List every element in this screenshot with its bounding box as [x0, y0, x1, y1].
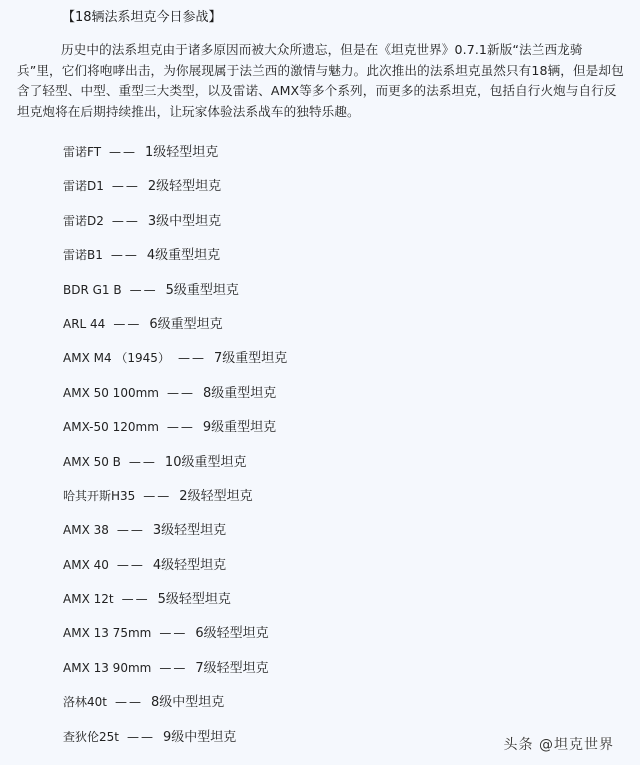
- tank-separator: ——: [109, 145, 137, 159]
- tank-list-item: AMX 38——3级轻型坦克: [63, 521, 287, 555]
- tank-separator: ——: [111, 248, 139, 262]
- tank-list-item: AMX M4 （1945）——7级重型坦克: [63, 349, 287, 383]
- tank-separator: ——: [178, 351, 206, 365]
- tank-name: AMX M4 （1945）: [63, 351, 170, 365]
- tank-name: 查狄伦25t: [63, 730, 119, 744]
- tank-class: 2级轻型坦克: [148, 179, 221, 194]
- tank-class: 6级重型坦克: [149, 317, 222, 332]
- tank-class: 6级轻型坦克: [195, 626, 268, 641]
- tank-separator: ——: [159, 626, 187, 640]
- tank-class: 7级重型坦克: [214, 351, 287, 366]
- tank-list-item: 哈其开斯H35——2级轻型坦克: [63, 487, 287, 521]
- tank-separator: ——: [127, 730, 155, 744]
- tank-name: 雷诺D2: [63, 214, 104, 228]
- tank-separator: ——: [129, 455, 157, 469]
- tank-name: AMX 13 90mm: [63, 661, 151, 675]
- tank-list-item: BDR G1 B——5级重型坦克: [63, 281, 287, 315]
- tank-class: 4级重型坦克: [147, 248, 220, 263]
- tank-list-item: 洛林40t——8级中型坦克: [63, 693, 287, 727]
- tank-separator: ——: [159, 661, 187, 675]
- tank-separator: ——: [112, 179, 140, 193]
- tank-name: AMX 13 75mm: [63, 626, 151, 640]
- tank-class: 9级重型坦克: [203, 420, 276, 435]
- tank-name: AMX 38: [63, 523, 109, 537]
- tank-class: 8级中型坦克: [151, 695, 224, 710]
- tank-name: BDR G1 B: [63, 283, 122, 297]
- tank-separator: ——: [117, 523, 145, 537]
- tank-name: 哈其开斯H35: [63, 489, 135, 503]
- tank-name: ARL 44: [63, 317, 105, 331]
- tank-name: 雷诺B1: [63, 248, 103, 262]
- source-watermark: 头条 @坦克世界: [504, 734, 614, 754]
- intro-paragraph: 历史中的法系坦克由于诸多原因而被大众所遗忘，但是在《坦克世界》0.7.1新版“法…: [17, 40, 627, 122]
- tank-list-item: 雷诺D2——3级中型坦克: [63, 212, 287, 246]
- tank-list-item: ARL 44——6级重型坦克: [63, 315, 287, 349]
- tank-class: 2级轻型坦克: [179, 489, 252, 504]
- tank-separator: ——: [122, 592, 150, 606]
- tank-list-item: AMX 50 B——10级重型坦克: [63, 453, 287, 487]
- tank-separator: ——: [117, 558, 145, 572]
- tank-name: AMX-50 120mm: [63, 420, 159, 434]
- tank-name: AMX 12t: [63, 592, 114, 606]
- tank-list-item: AMX-50 120mm——9级重型坦克: [63, 418, 287, 452]
- tank-class: 5级轻型坦克: [158, 592, 231, 607]
- tank-class: 3级中型坦克: [148, 214, 221, 229]
- tank-name: AMX 50 100mm: [63, 386, 159, 400]
- tank-class: 8级重型坦克: [203, 386, 276, 401]
- tank-class: 7级轻型坦克: [195, 661, 268, 676]
- article-heading: 【18辆法系坦克今日参战】: [62, 9, 222, 27]
- tank-name: AMX 40: [63, 558, 109, 572]
- tank-list-item: AMX 50 100mm——8级重型坦克: [63, 384, 287, 418]
- tank-separator: ——: [112, 214, 140, 228]
- tank-list-item: AMX 13 75mm——6级轻型坦克: [63, 624, 287, 658]
- tank-class: 9级中型坦克: [163, 730, 236, 745]
- tank-separator: ——: [167, 420, 195, 434]
- tank-list-item: AMX 40——4级轻型坦克: [63, 556, 287, 590]
- tank-separator: ——: [143, 489, 171, 503]
- tank-list: 雷诺FT——1级轻型坦克 雷诺D1——2级轻型坦克 雷诺D2——3级中型坦克 雷…: [63, 143, 287, 762]
- tank-class: 1级轻型坦克: [145, 145, 218, 160]
- tank-list-item: 雷诺B1——4级重型坦克: [63, 246, 287, 280]
- tank-separator: ——: [113, 317, 141, 331]
- tank-class: 3级轻型坦克: [153, 523, 226, 538]
- tank-name: 雷诺FT: [63, 145, 101, 159]
- tank-list-item: 查狄伦25t——9级中型坦克: [63, 728, 287, 762]
- tank-class: 10级重型坦克: [165, 455, 247, 470]
- tank-name: 洛林40t: [63, 695, 107, 709]
- tank-list-item: 雷诺D1——2级轻型坦克: [63, 177, 287, 211]
- tank-name: 雷诺D1: [63, 179, 104, 193]
- tank-separator: ——: [130, 283, 158, 297]
- tank-separator: ——: [115, 695, 143, 709]
- tank-separator: ——: [167, 386, 195, 400]
- tank-list-item: AMX 13 90mm——7级轻型坦克: [63, 659, 287, 693]
- tank-list-item: 雷诺FT——1级轻型坦克: [63, 143, 287, 177]
- tank-class: 4级轻型坦克: [153, 558, 226, 573]
- tank-name: AMX 50 B: [63, 455, 121, 469]
- tank-class: 5级重型坦克: [166, 283, 239, 298]
- tank-list-item: AMX 12t——5级轻型坦克: [63, 590, 287, 624]
